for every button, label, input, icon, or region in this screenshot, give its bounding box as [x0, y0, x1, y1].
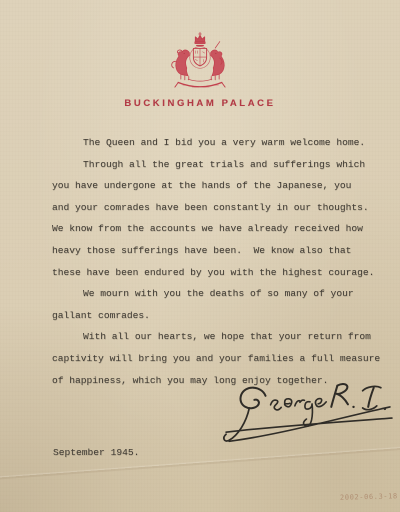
date-line: September 1945. [53, 447, 139, 458]
letter-line: gallant comrades. [52, 305, 382, 327]
george-ri-signature [221, 381, 395, 449]
letter-line: We know from the accounts we have alread… [52, 218, 382, 240]
letter-line: The Queen and I bid you a very warm welc… [52, 132, 382, 154]
letter-body: The Queen and I bid you a very warm welc… [52, 132, 382, 391]
letter-line: captivity will bring you and your famili… [52, 348, 382, 370]
letter-line: and your comrades have been constantly i… [52, 197, 382, 219]
letter-line: you have undergone at the hands of the J… [52, 175, 382, 197]
letter-line: these have been endured by you with the … [52, 262, 382, 284]
accession-number: 2002-06.3-18 [340, 492, 398, 502]
royal-coat-of-arms-icon [167, 31, 233, 93]
letter-line: We mourn with you the deaths of so many … [52, 283, 382, 305]
letter-line: With all our hearts, we hope that your r… [52, 326, 382, 348]
letterhead-palace-name: BUCKINGHAM PALACE [0, 98, 400, 109]
letter-line: heavy those sufferings have been. We kno… [52, 240, 382, 262]
letter-line: Through all the great trials and sufferi… [52, 154, 382, 176]
letter-page: BUCKINGHAM PALACE The Queen and I bid yo… [0, 0, 400, 512]
